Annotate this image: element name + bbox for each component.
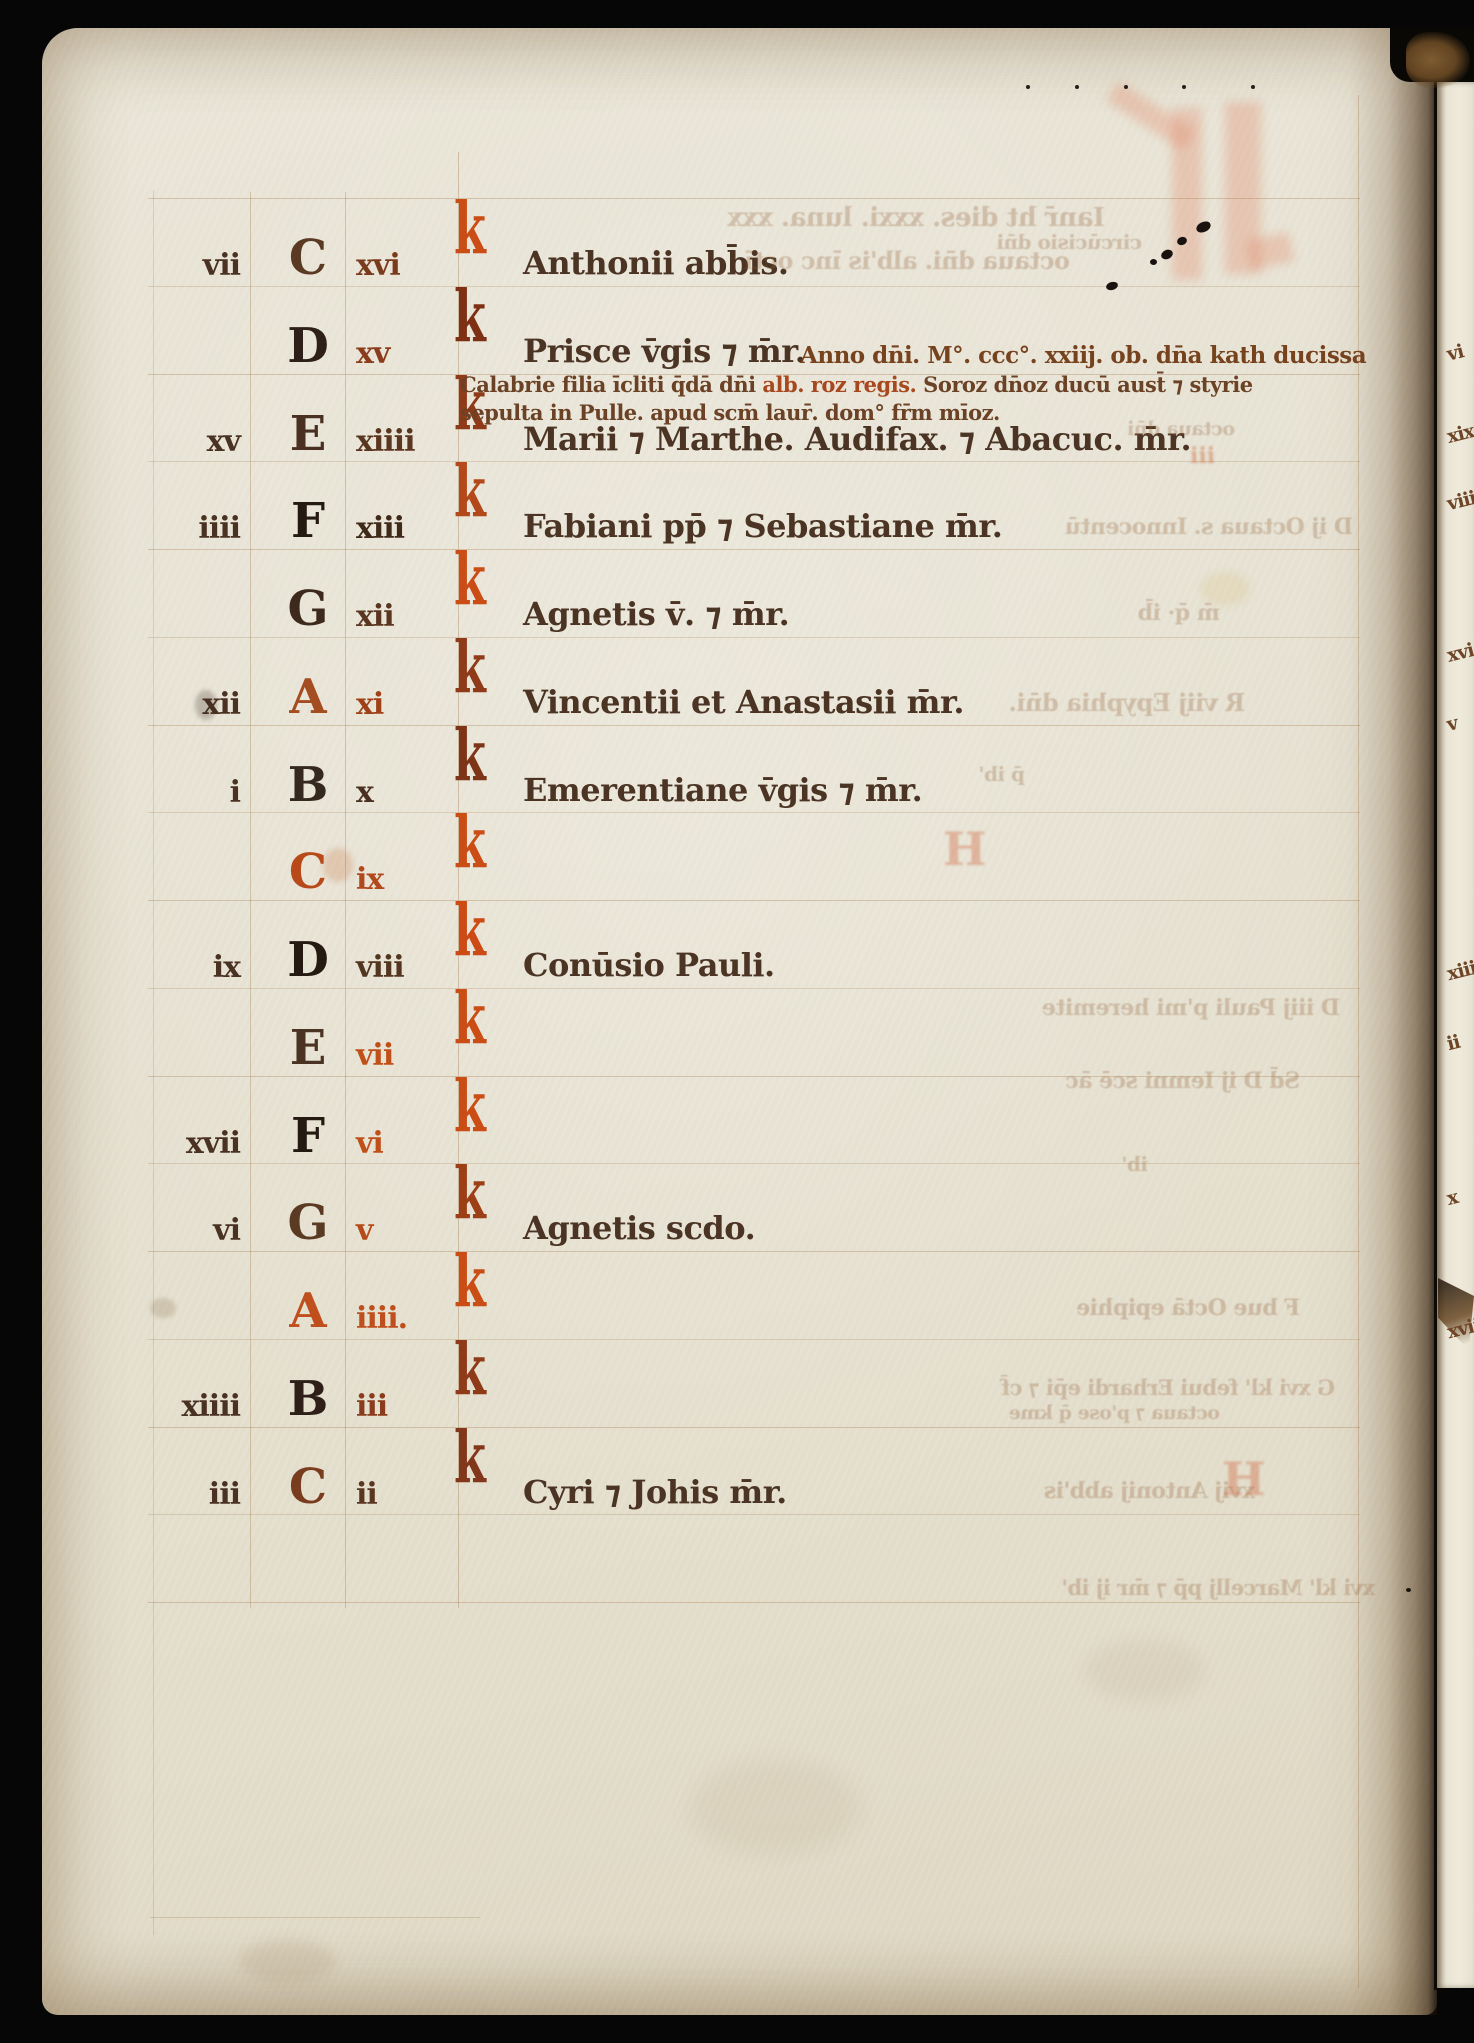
showthrough-red-initial: H — [943, 822, 986, 876]
golden-number: vi — [118, 1213, 240, 1248]
obit-text: Calabrie filia īcliti q̄dā dn̄i — [460, 372, 762, 397]
dominical-letter: C — [266, 1459, 350, 1515]
feast-entry: Prisce v̄gis ⁊ m̄r. — [523, 332, 805, 370]
dominical-letter: F — [266, 493, 350, 549]
parchment-stain — [195, 690, 217, 720]
showthrough-text: octaua dn̄i. alb'is īnc octī — [640, 246, 1070, 275]
kalends-count: ii — [356, 1477, 377, 1512]
kl-mark: k — [454, 801, 486, 885]
golden-number: ix — [118, 950, 240, 985]
dominical-letter: A — [266, 1283, 350, 1339]
obit-note-line2: Calabrie filia īcliti q̄dā dn̄i alb. roz… — [460, 372, 1253, 397]
dominical-letter: G — [266, 581, 350, 637]
calendar-row: iBxkEmerentiane v̄gis ⁊ m̄r. — [0, 749, 1400, 837]
dominical-letter: D — [266, 318, 350, 374]
golden-number: iiii — [118, 511, 240, 546]
dominical-letter: B — [266, 757, 350, 813]
golden-number: i — [118, 775, 240, 810]
golden-number: iii — [118, 1477, 240, 1512]
kalends-count: ix — [356, 862, 383, 897]
golden-number: vii — [118, 248, 240, 283]
parchment-stain — [690, 1760, 860, 1855]
kl-mark: k — [454, 1415, 486, 1499]
pricking-dot — [1075, 85, 1079, 89]
kalends-count: v — [356, 1213, 372, 1248]
feast-entry: Agnetis v̄. ⁊ m̄r. — [523, 595, 789, 633]
ink-blot — [1406, 1588, 1411, 1592]
kalends-count: xiii — [356, 511, 404, 546]
manuscript-photo: viiCxvikAnthonii abb̄is.DxvkPrisce v̄gis… — [0, 0, 1474, 2043]
showthrough-text: octaua ⁊ p'ose q̄ kme — [960, 1402, 1220, 1424]
kl-mark: k — [454, 1064, 486, 1148]
kl-mark: k — [454, 450, 486, 534]
kl-mark: k — [454, 186, 486, 270]
feast-entry: Cyri ⁊ Johis m̄r. — [523, 1473, 787, 1511]
dominical-letter: G — [266, 1195, 350, 1251]
calendar-row: xviiFvik — [0, 1100, 1400, 1188]
feast-entry: Fabiani pp̄ ⁊ Sebastiane m̄r. — [523, 507, 1002, 545]
kl-mark: k — [454, 713, 486, 797]
showthrough-text: F bue Octā epiphie — [1040, 1295, 1300, 1321]
showthrough-text: Sd̄ D ij Iemni scē āc — [1000, 1068, 1300, 1094]
showthrough-text: G xvi kl' febui Erhardi ep̄i ⁊ cf̄ — [945, 1375, 1335, 1400]
golden-number: xvii — [118, 1126, 240, 1161]
kl-mark: k — [454, 1152, 486, 1236]
parchment-stain — [323, 848, 353, 882]
showthrough-text: D iiij Pauli p'mi heremite — [1040, 995, 1340, 1021]
dominical-letter: E — [266, 406, 350, 462]
dominical-letter: F — [266, 1108, 350, 1164]
pricking-dot — [1251, 85, 1255, 89]
kl-mark: k — [454, 1239, 486, 1323]
kalends-count: iiii. — [356, 1301, 407, 1336]
feast-entry: Emerentiane v̄gis ⁊ m̄r. — [523, 771, 922, 809]
pricking-dot — [1124, 85, 1128, 89]
kalends-count: xvi — [356, 248, 400, 283]
obit-text: Soroz dn̄oz ducū aust̄ ⁊ styrie — [916, 372, 1252, 397]
kl-mark: k — [454, 976, 486, 1060]
golden-number: xii — [118, 687, 240, 722]
pricking-dot — [1182, 85, 1186, 89]
feast-entry: Vincentii et Anastasii m̄r. — [523, 683, 964, 721]
kalends-count: vi — [356, 1126, 383, 1161]
parchment-stain — [1085, 1640, 1205, 1700]
kl-mark: k — [454, 888, 486, 972]
kalends-count: xii — [356, 599, 394, 634]
showthrough-header: Ianr̄ ht dies. xxxi. luna. xxx — [575, 203, 1105, 233]
showthrough-text: p̄ ib' — [955, 762, 1025, 786]
obit-note-line3: sepulta in Pulle. apud scm̄ laur̄. dom° … — [460, 400, 1000, 425]
dominical-letter: C — [266, 230, 350, 286]
dominical-letter: E — [266, 1020, 350, 1076]
calendar-row: Cixk — [0, 836, 1400, 924]
showthrough-red-initial: H — [1222, 1452, 1265, 1506]
kl-mark: k — [454, 537, 486, 621]
kl-mark: k — [454, 274, 486, 358]
ink-blot — [1150, 259, 1157, 265]
kalends-count: iii — [356, 1389, 387, 1424]
pricking-dot — [1026, 85, 1030, 89]
golden-number: xiiii — [118, 1389, 240, 1424]
obit-note: Anno dn̄i. M°. ccc°. xxiij. ob. dn̄a kat… — [800, 342, 1366, 369]
showthrough-red-numeral: iii — [1190, 443, 1215, 469]
kalends-count: viii — [356, 950, 404, 985]
showthrough-text: xvij Antonij abb'is — [1005, 1478, 1255, 1504]
kalends-count: vii — [356, 1038, 393, 1073]
showthrough-text: R viij Epyphia dn̄i. — [935, 688, 1245, 717]
kalends-count: x — [356, 775, 373, 810]
binding-tear-top — [1406, 32, 1470, 88]
kalends-count: xi — [356, 687, 383, 722]
dominical-letter: A — [266, 669, 350, 725]
calendar-row: viGvkAgnetis scdo. — [0, 1187, 1400, 1275]
showthrough-text: m̄ q̄· ib̄ — [1110, 600, 1220, 626]
parchment-stain — [1200, 572, 1250, 606]
kalends-count: xiiii — [356, 424, 414, 459]
feast-entry: Agnetis scdo. — [523, 1209, 755, 1247]
obit-text-red: alb. roz regis. — [762, 372, 916, 397]
showthrough-text: xvi kl' Marcellj pp̄ ⁊ m̄r ij ib' — [1045, 1575, 1375, 1600]
kl-mark: k — [454, 625, 486, 709]
showthrough-text: D ij Octaua s. Innocentū — [1063, 514, 1353, 540]
feast-entry: Conūsio Pauli. — [523, 946, 775, 984]
dominical-letter: B — [266, 1371, 350, 1427]
dominical-letter: D — [266, 932, 350, 988]
showthrough-text: octaua dn̄i — [1085, 418, 1235, 440]
parchment-stain — [150, 1298, 176, 1318]
kl-mark: k — [454, 1327, 486, 1411]
showthrough-text: ib' — [1098, 1152, 1148, 1176]
golden-number: xv — [118, 424, 240, 459]
parchment-stain — [240, 1940, 335, 1982]
kalends-count: xv — [356, 336, 389, 371]
